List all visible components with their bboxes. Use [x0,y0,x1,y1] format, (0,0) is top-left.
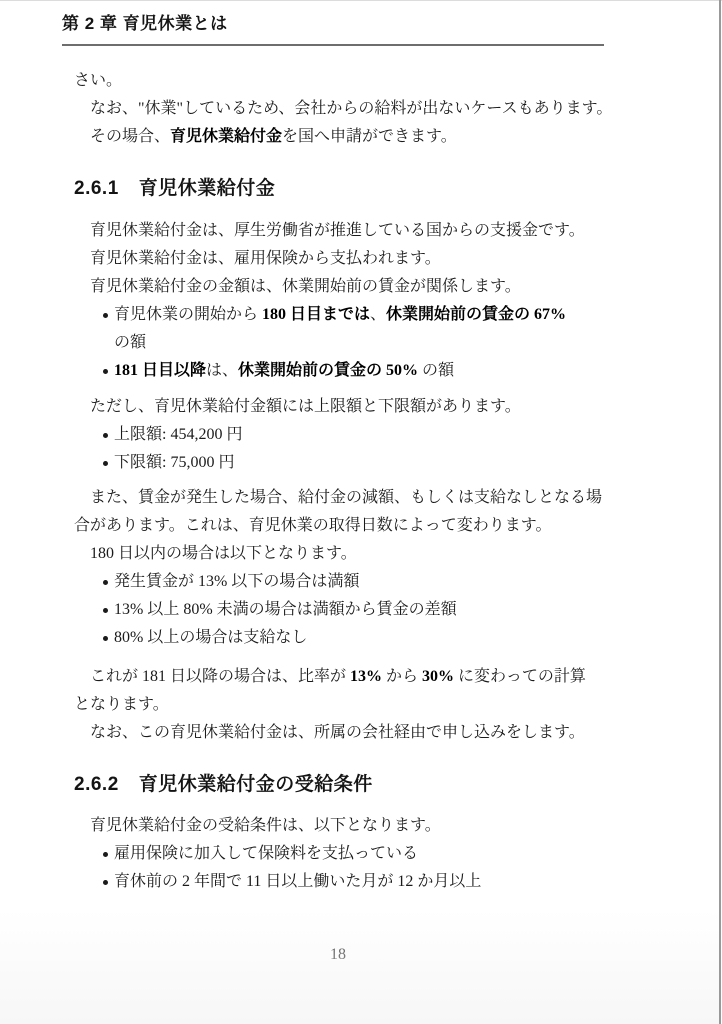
intro-line: その場合、育児休業給付金を国へ申請ができます。 [74,123,602,151]
paragraph-line: 合があります。これは、育児休業の取得日数によって変わります。 [74,512,602,540]
list-item-line: 雇用保険に加入して保険料を支払っている [114,840,602,868]
wage-threshold-list: 発生賃金が 13% 以下の場合は満額 13% 以上 80% 未満の場合は満額から… [74,568,602,652]
chapter-header-rule [62,44,604,46]
list-item: 発生賃金が 13% 以下の場合は満額 [74,568,602,596]
paragraph-line: これが 181 日以降の場合は、比率が 13% から 30% に変わっての計算 [74,663,602,691]
list-item-line: 育休前の 2 年間で 11 日以上働いた月が 12 か月以上 [114,868,602,896]
list-item-line: 13% 以上 80% 未満の場合は満額から賃金の差額 [114,596,602,624]
list-item-line: の額 [114,329,602,357]
limits-intro-paragraph: ただし、育児休業給付金額には上限額と下限額があります。 [74,393,602,421]
paragraph-line: 育児休業給付金の金額は、休業開始前の賃金が関係します。 [74,273,602,301]
section-number: 2.6.1 [74,175,119,203]
list-item: 育休前の 2 年間で 11 日以上働いた月が 12 か月以上 [74,868,602,896]
after-181-days-paragraph: これが 181 日以降の場合は、比率が 13% から 30% に変わっての計算 … [74,663,602,747]
list-item: 80% 以上の場合は支給なし [74,624,602,652]
section-title: 育児休業給付金の受給条件 [139,774,373,795]
list-item: 上限額: 454,200 円 [74,421,602,449]
intro-paragraph: さい。 なお、"休業"しているため、会社からの給料が出ないケースもあります。 そ… [74,67,602,151]
text-block: 第 2 章 育児休業とは さい。 なお、"休業"しているため、会社からの給料が出… [0,0,722,896]
page-number: 18 [74,941,602,969]
paragraph-line: なお、この育児休業給付金は、所属の会社経由で申し込みをします。 [74,719,602,747]
list-item: 育児休業の開始から 180 日目までは、休業開始前の賃金の 67% の額 [74,301,602,357]
list-item-line: 上限額: 454,200 円 [114,421,602,449]
list-item-line: 育児休業の開始から 180 日目までは、休業開始前の賃金の 67% [114,301,602,329]
list-item-line: 80% 以上の場合は支給なし [114,624,602,652]
section-number: 2.6.2 [74,771,119,799]
reduction-paragraph: また、賃金が発生した場合、給付金の減額、もしくは支給なしとなる場 合があります。… [74,484,602,568]
paragraph-line: また、賃金が発生した場合、給付金の減額、もしくは支給なしとなる場 [74,484,602,512]
document-page: 第 2 章 育児休業とは さい。 なお、"休業"しているため、会社からの給料が出… [0,0,722,1024]
intro-line: なお、"休業"しているため、会社からの給料が出ないケースもあります。 [74,95,602,123]
list-item: 雇用保険に加入して保険料を支払っている [74,840,602,868]
list-item-line: 発生賃金が 13% 以下の場合は満額 [114,568,602,596]
paragraph-line: 育児休業給付金は、雇用保険から支払われます。 [74,245,602,273]
section-heading-2-6-2: 2.6.2育児休業給付金の受給条件 [74,771,602,799]
paragraph-line: 180 日以内の場合は以下となります。 [74,540,602,568]
list-item: 13% 以上 80% 未満の場合は満額から賃金の差額 [74,596,602,624]
list-item-line: 下限額: 75,000 円 [114,449,602,477]
conditions-intro-paragraph: 育児休業給付金の受給条件は、以下となります。 [74,812,602,840]
paragraph-line: となります。 [74,691,602,719]
chapter-header-title: 第 2 章 育児休業とは [62,14,602,34]
paragraph-line: 育児休業給付金は、厚生労働省が推進している国からの支援金です。 [74,217,602,245]
list-item: 下限額: 75,000 円 [74,449,602,477]
section-title: 育児休業給付金 [139,178,276,199]
paragraph-line: 育児休業給付金の受給条件は、以下となります。 [74,812,602,840]
conditions-list: 雇用保険に加入して保険料を支払っている 育休前の 2 年間で 11 日以上働いた… [74,840,602,896]
limit-amount-list: 上限額: 454,200 円 下限額: 75,000 円 [74,421,602,477]
intro-line: さい。 [74,67,602,95]
benefit-rate-list: 育児休業の開始から 180 日目までは、休業開始前の賃金の 67% の額 181… [74,301,602,385]
section-heading-2-6-1: 2.6.1育児休業給付金 [74,175,602,203]
chapter-header: 第 2 章 育児休業とは [62,0,602,46]
list-item: 181 日目以降は、休業開始前の賃金の 50% の額 [74,357,602,385]
list-item-line: 181 日目以降は、休業開始前の賃金の 50% の額 [114,357,602,385]
benefit-overview-paragraph: 育児休業給付金は、厚生労働省が推進している国からの支援金です。 育児休業給付金は… [74,217,602,301]
paragraph-line: ただし、育児休業給付金額には上限額と下限額があります。 [74,393,602,421]
